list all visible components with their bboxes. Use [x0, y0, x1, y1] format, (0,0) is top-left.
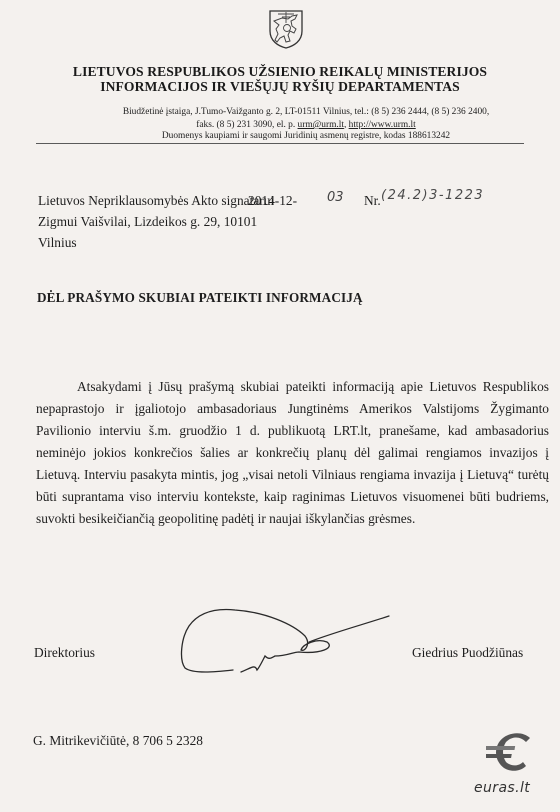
recipient-line3: Vilnius [38, 235, 77, 251]
contact-person: G. Mitrikevičiūtė, 8 706 5 2328 [33, 733, 203, 749]
document-date-handwritten: 03 [327, 190, 344, 205]
institution-name-line2: INFORMACIJOS IR VIEŠŲJŲ RYŠIŲ DEPARTAMEN… [0, 79, 560, 95]
document-date-printed: 2014-12- [248, 193, 297, 209]
header-divider [36, 143, 524, 144]
institution-contacts: faks. (8 5) 231 3090, el. p. urm@urm.lt,… [0, 120, 560, 130]
institution-name-line1: LIETUVOS RESPUBLIKOS UŽSIENIO REIKALŲ MI… [0, 64, 560, 80]
coat-of-arms-icon [268, 9, 304, 49]
euro-sign-icon [486, 730, 534, 774]
recipient-line1: Lietuvos Nepriklausomybės Akto signataru… [38, 193, 274, 209]
letter-body: Atsakydami į Jūsų prašymą skubiai pateik… [36, 376, 549, 530]
institution-address: Biudžetinė įstaiga, J.Tumo-Vaižganto g. … [0, 107, 560, 117]
recipient-line2: Zigmui Vaišvilai, Lizdeikos g. 29, 10101 [38, 214, 257, 230]
fax-text: faks. (8 5) 231 3090, el. p. [196, 120, 297, 130]
document-number-label: Nr. [364, 193, 381, 209]
website-link[interactable]: http://www.urm.lt [349, 120, 416, 130]
signatory-title: Direktorius [34, 645, 95, 661]
document-number-handwritten: (24.2)3-1223 [381, 188, 484, 203]
handwritten-signature [175, 598, 395, 676]
email-link[interactable]: urm@urm.lt [298, 120, 344, 130]
letter-subject: DĖL PRAŠYMO SKUBIAI PATEIKTI INFORMACIJĄ [37, 290, 363, 306]
signatory-name: Giedrius Puodžiūnas [412, 645, 523, 661]
registry-info: Duomenys kaupiami ir saugomi Juridinių a… [0, 131, 560, 141]
watermark-text: euras.lt [474, 780, 530, 796]
